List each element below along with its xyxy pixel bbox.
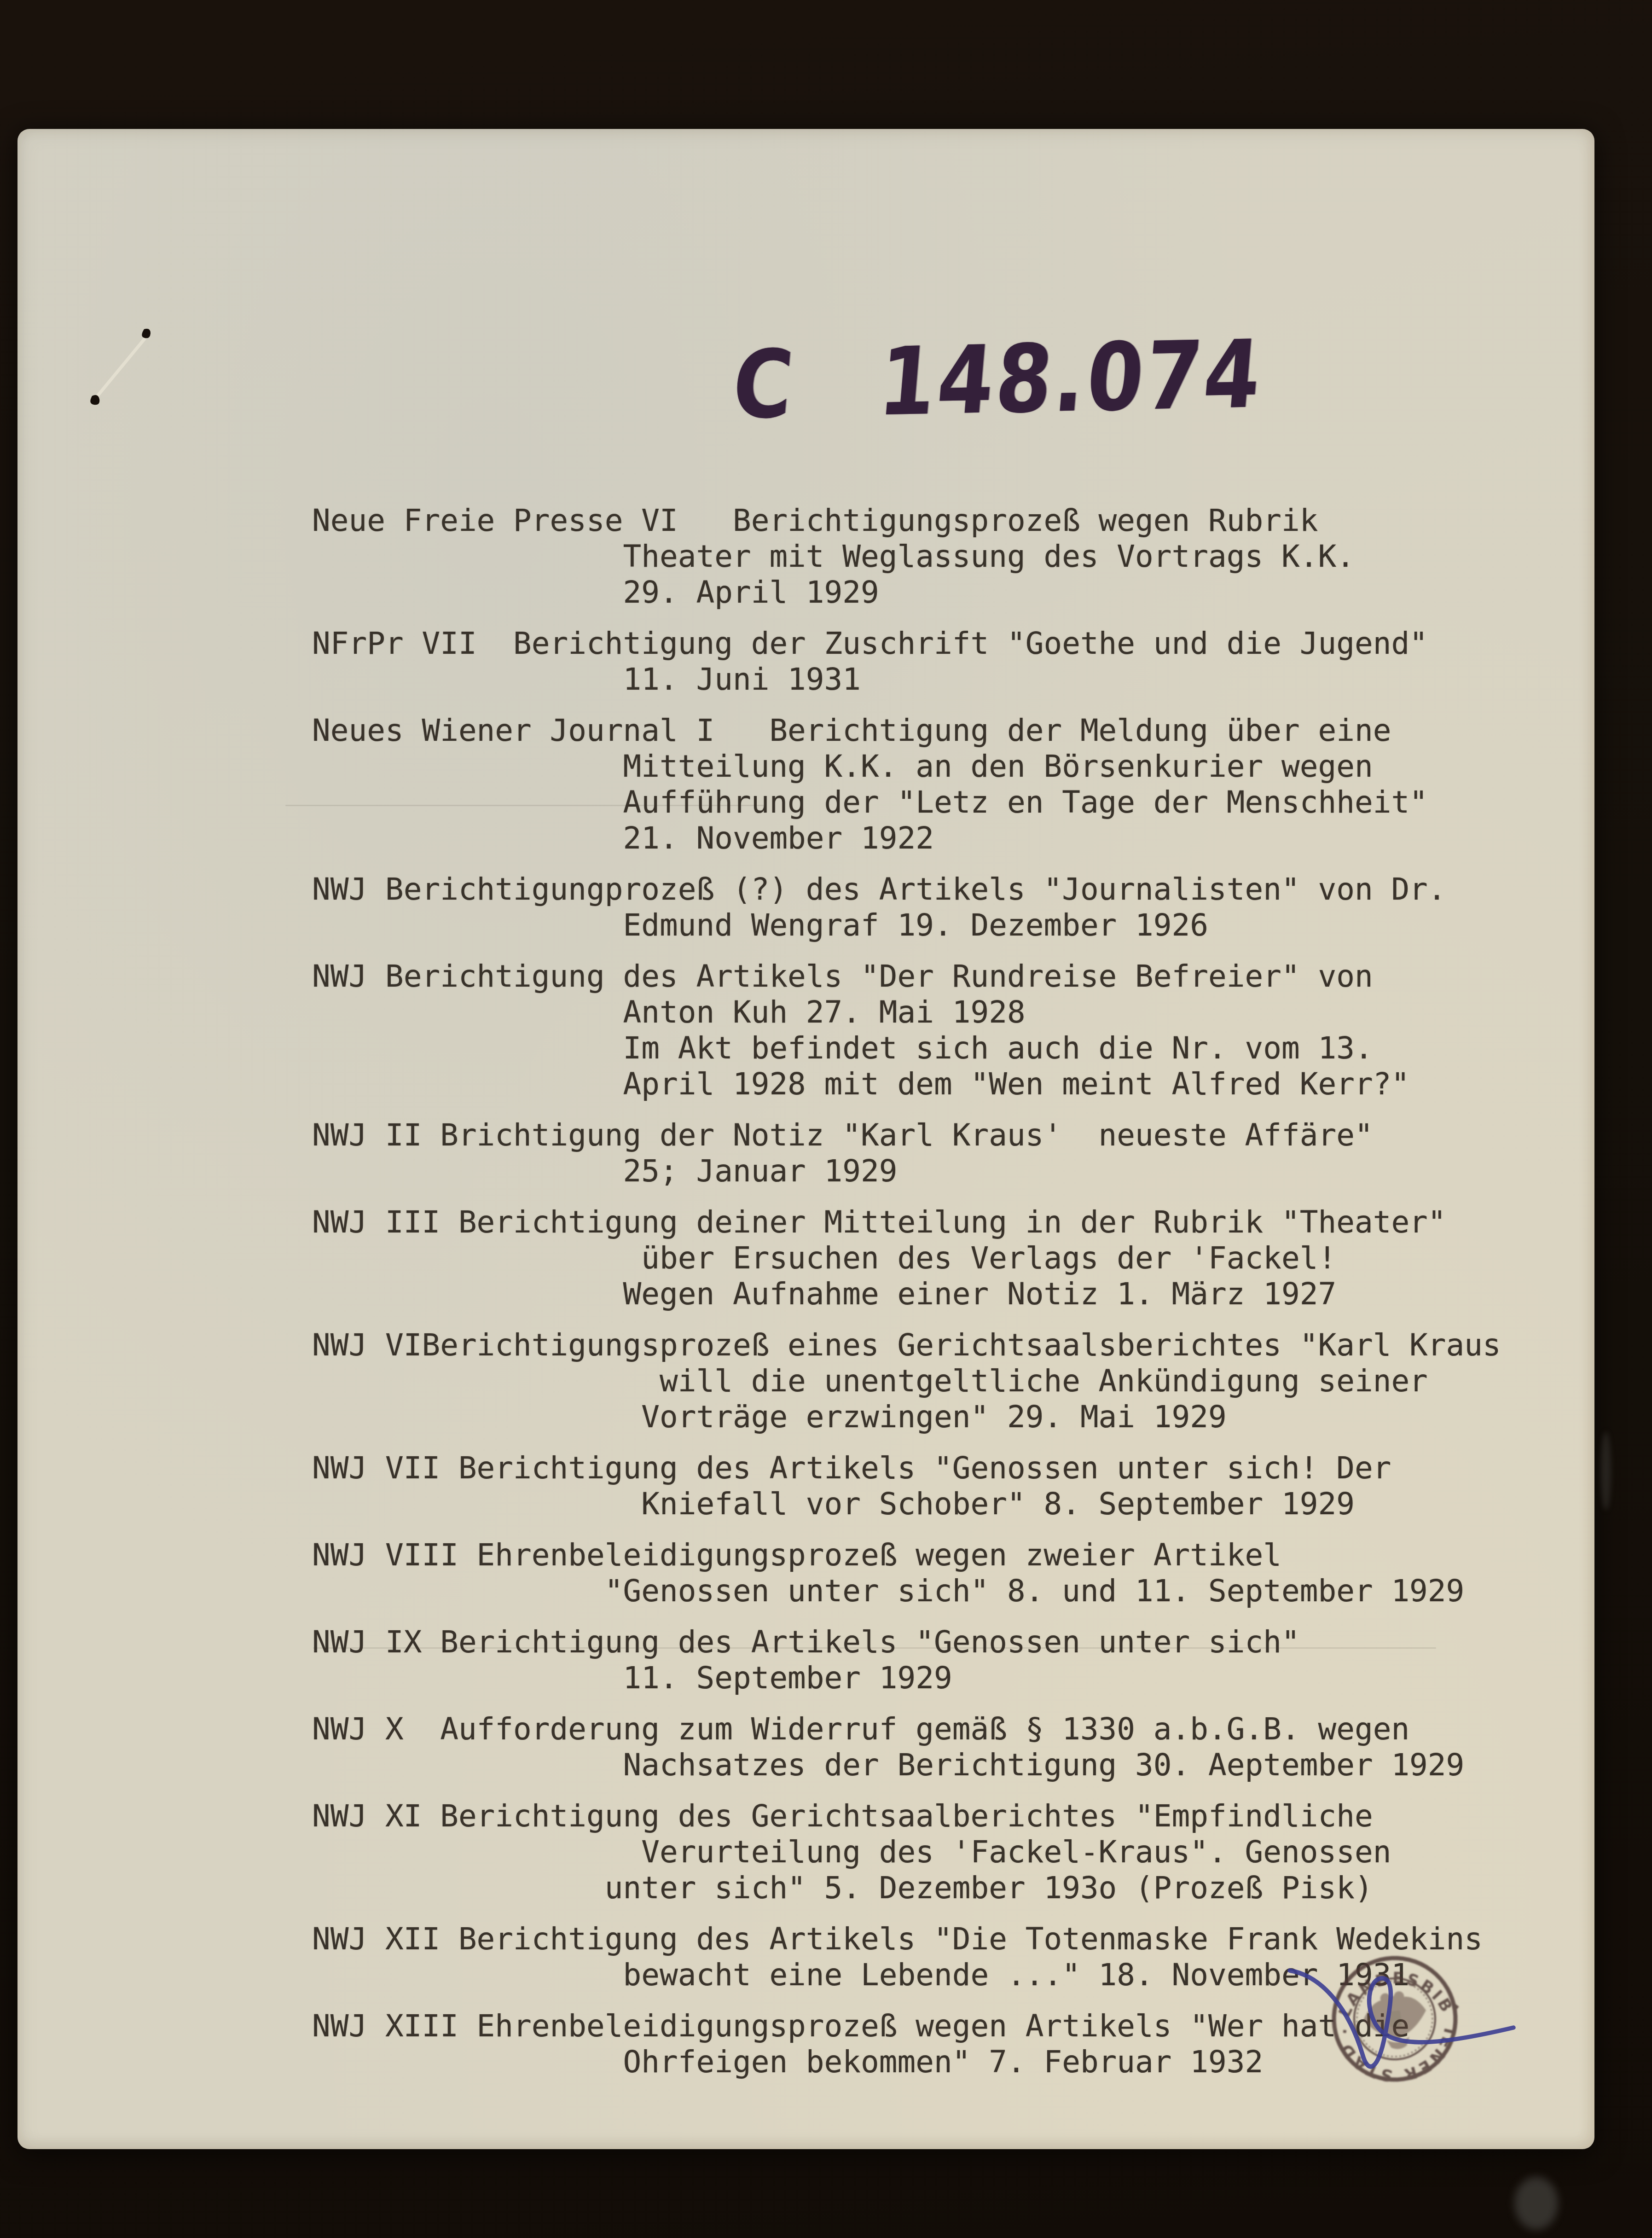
entry-line: "Genossen unter sich" 8. und 11. Septemb… [312,1573,1619,1609]
scratch-mark [97,336,147,397]
typed-text-block: Neue Freie Presse VI Berichtigungsprozeß… [312,503,1619,2095]
library-stamp: U. LANDESBIBL. WIENER STADT- [1280,1938,1537,2095]
entry-line: unter sich" 5. Dezember 193o (Prozeß Pis… [312,1870,1619,1906]
entry-line: Anton Kuh 27. Mai 1928 [312,994,1619,1030]
entry-line: Neue Freie Presse VI Berichtigungsprozeß… [312,503,1619,539]
smudge-mark [1514,2177,1558,2230]
entry-line: Edmund Wengraf 19. Dezember 1926 [312,907,1619,943]
scan-background: C 148.074 Neue Freie Presse VI Berichtig… [0,0,1652,2238]
entry-line: NWJ VII Berichtigung des Artikels "Genos… [312,1450,1619,1486]
entry-line: NWJ Berichtigung des Artikels "Der Rundr… [312,959,1619,994]
entry-line: Theater mit Weglassung des Vortrags K.K. [312,539,1619,575]
entry: NWJ II Brichtigung der Notiz "Karl Kraus… [312,1117,1619,1189]
entry-line: 25; Januar 1929 [312,1153,1619,1189]
entry: NWJ XI Berichtigung des Gerichtsaalberic… [312,1798,1619,1906]
entry-line: Nachsatzes der Berichtigung 30. Aeptembe… [312,1747,1619,1783]
entry-line: NWJ IX Berichtigung des Artikels "Genoss… [312,1624,1619,1660]
entry: NWJ VIII Ehrenbeleidigungsprozeß wegen z… [312,1537,1619,1609]
call-number-handwritten: C 148.074 [729,320,1267,440]
entry-line: über Ersuchen des Verlags der 'Fackel! [312,1240,1619,1276]
pin-hole-1 [142,329,151,338]
entry-line: Wegen Aufnahme einer Notiz 1. März 1927 [312,1276,1619,1312]
entry: NWJ Berichtigungprozeß (?) des Artikels … [312,872,1619,943]
entry-line: NWJ X Aufforderung zum Widerruf gemäß § … [312,1711,1619,1747]
entry-line: 21. November 1922 [312,820,1619,856]
entry-line: Aufführung der "Letz en Tage der Menschh… [312,785,1619,820]
pin-holes [82,322,169,414]
entry: NWJ VII Berichtigung des Artikels "Genos… [312,1450,1619,1522]
entry-line: NWJ VIII Ehrenbeleidigungsprozeß wegen z… [312,1537,1619,1573]
pin-hole-2 [90,395,99,405]
entry-line: Neues Wiener Journal I Berichtigung der … [312,713,1619,749]
entry-line: 11. September 1929 [312,1660,1619,1696]
entry: NWJ Berichtigung des Artikels "Der Rundr… [312,959,1619,1102]
entry-line: April 1928 mit dem "Wen meint Alfred Ker… [312,1066,1619,1102]
entry-line: NWJ XI Berichtigung des Gerichtsaalberic… [312,1798,1619,1834]
entry: NWJ IX Berichtigung des Artikels "Genoss… [312,1624,1619,1696]
entry-line: NWJ III Berichtigung deiner Mitteilung i… [312,1204,1619,1240]
entry-line: Vorträge erzwingen" 29. Mai 1929 [312,1399,1619,1435]
entry-line: 11. Juni 1931 [312,662,1619,698]
entry-line: will die unentgeltliche Ankündigung sein… [312,1363,1619,1399]
entry-line: Im Akt befindet sich auch die Nr. vom 13… [312,1030,1619,1066]
entry: NFrPr VII Berichtigung der Zuschrift "Go… [312,626,1619,698]
paper: C 148.074 Neue Freie Presse VI Berichtig… [17,129,1594,2149]
entry: Neues Wiener Journal I Berichtigung der … [312,713,1619,856]
entry: NWJ VIBerichtigungsprozeß eines Gerichts… [312,1327,1619,1435]
entry-line: NWJ Berichtigungprozeß (?) des Artikels … [312,872,1619,907]
entry-line: 29. April 1929 [312,575,1619,610]
entry-line: NWJ VIBerichtigungsprozeß eines Gerichts… [312,1327,1619,1363]
entry: NWJ X Aufforderung zum Widerruf gemäß § … [312,1711,1619,1783]
entry-line: NFrPr VII Berichtigung der Zuschrift "Go… [312,626,1619,662]
entry-line: Kniefall vor Schober" 8. September 1929 [312,1486,1619,1522]
entry-line: Verurteilung des 'Fackel-Kraus". Genosse… [312,1834,1619,1870]
entry-line: NWJ II Brichtigung der Notiz "Karl Kraus… [312,1117,1619,1153]
entry: Neue Freie Presse VI Berichtigungsprozeß… [312,503,1619,610]
entry-line: Mitteilung K.K. an den Börsenkurier wege… [312,749,1619,785]
entry: NWJ III Berichtigung deiner Mitteilung i… [312,1204,1619,1312]
